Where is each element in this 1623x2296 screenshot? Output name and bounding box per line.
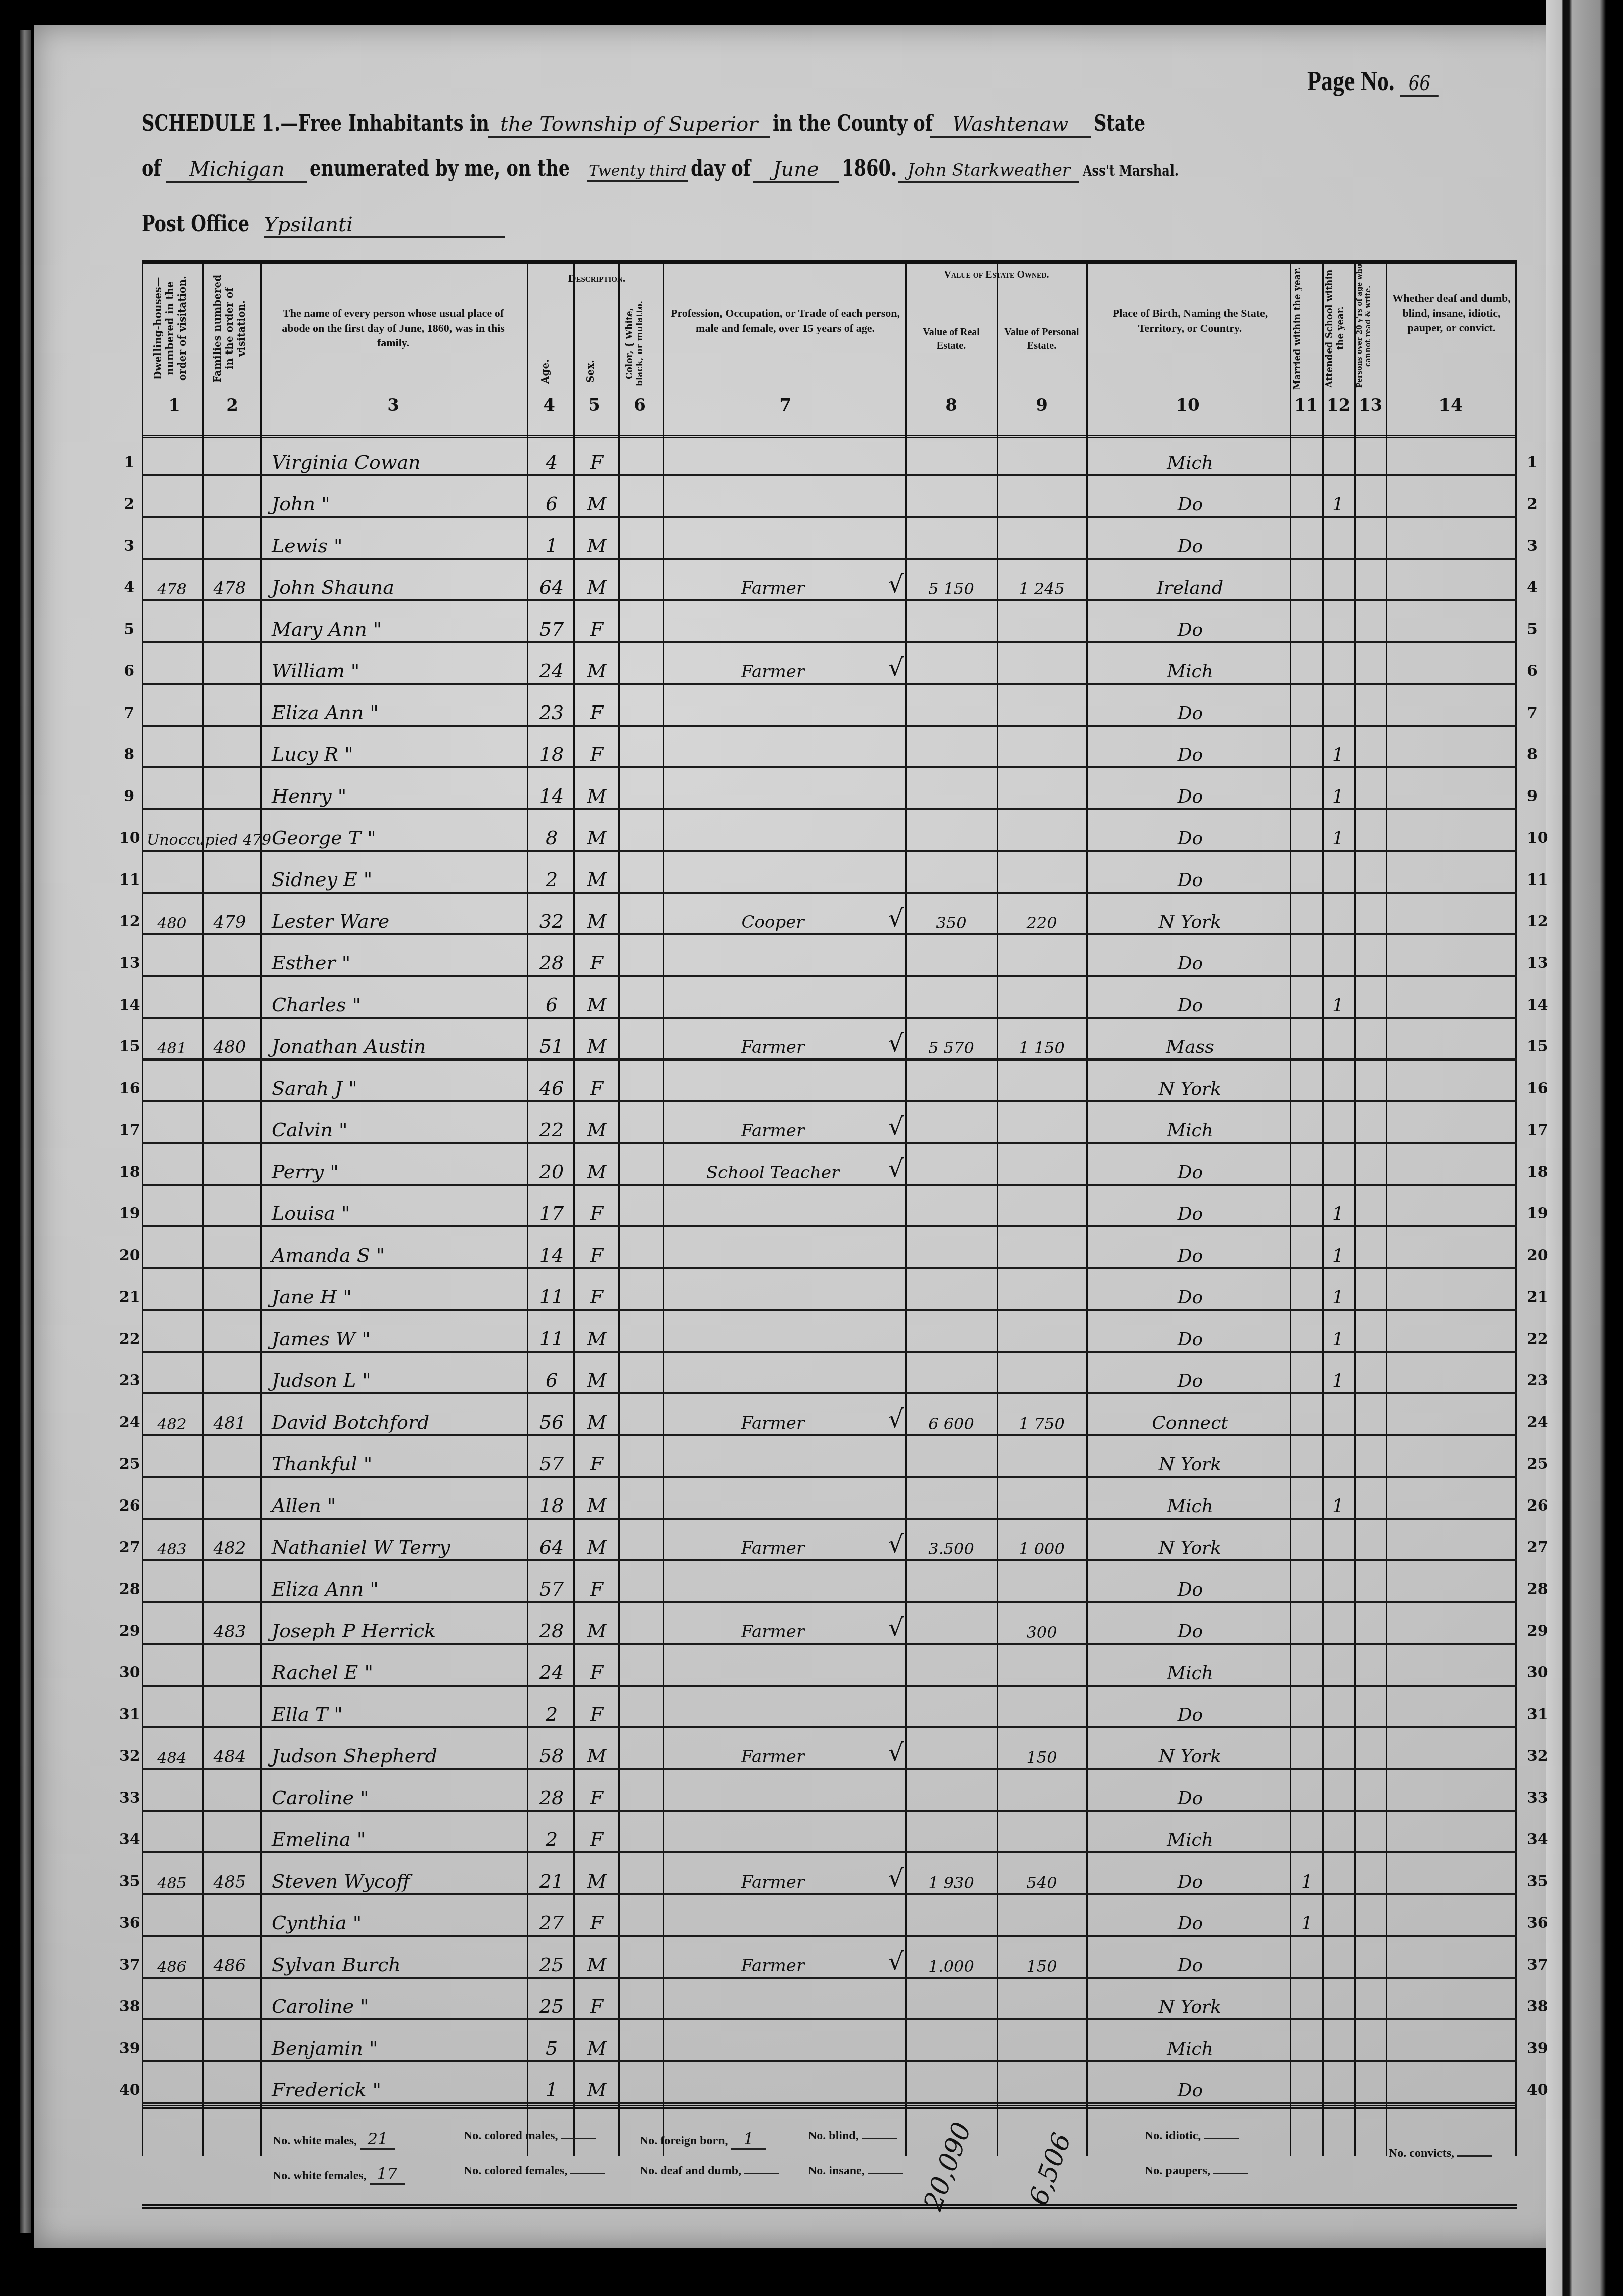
table-row: 4040Frederick "1MDo	[142, 2062, 1517, 2104]
table-row: 44478478John Shauna64MFarmer√5 1501 245I…	[142, 560, 1517, 601]
line-number: 38	[119, 1998, 134, 2015]
line-number-right: 36	[1527, 1914, 1547, 1932]
line-number: 13	[119, 954, 134, 972]
person-name: David Botchford	[267, 1411, 533, 1433]
estate-header: Value of Estate Owned.	[909, 268, 1085, 282]
family-number: 480	[205, 1037, 255, 1057]
sex: F	[577, 1828, 617, 1850]
line-number: 14	[119, 996, 134, 1014]
sex: M	[577, 1369, 617, 1391]
line-number: 16	[119, 1080, 134, 1097]
sex: F	[577, 451, 617, 473]
line-number: 15	[119, 1038, 134, 1055]
sex: F	[577, 1995, 617, 2017]
person-name: Cynthia "	[267, 1912, 533, 1934]
sex: F	[577, 743, 617, 765]
age: 25	[531, 1954, 572, 1976]
white-females-summary: No. white females, 17	[273, 2164, 405, 2185]
dwelling-number: 485	[147, 1875, 197, 1892]
married-within-year: 1	[1293, 1872, 1321, 1892]
line-number: 35	[119, 1873, 134, 1890]
line-number-right: 6	[1527, 662, 1547, 680]
line-number-right: 32	[1527, 1747, 1547, 1765]
dwelling-number: 482	[147, 1416, 197, 1433]
col11-number: 11	[1290, 395, 1322, 415]
real-estate-value: 3.500	[909, 1539, 994, 1558]
line-number-right: 4	[1527, 579, 1547, 596]
line-number-right: 16	[1527, 1080, 1547, 1097]
birthplace: N York	[1090, 1079, 1291, 1099]
col9-number: 9	[997, 395, 1087, 415]
line-number-right: 28	[1527, 1580, 1547, 1598]
person-name: Louisa "	[267, 1202, 533, 1224]
birthplace: Mich	[1090, 1830, 1291, 1850]
table-row: 2424482481David Botchford56MFarmer√6 600…	[142, 1394, 1517, 1436]
col5-number: 5	[574, 395, 614, 415]
attended-school: 1	[1324, 745, 1352, 765]
col10-number: 10	[1087, 395, 1288, 415]
table-row: 3636Cynthia "27FDo1	[142, 1895, 1517, 1937]
sex: M	[577, 493, 617, 515]
col5-header: Sex.	[584, 351, 596, 391]
occupation: Farmer	[667, 1747, 878, 1767]
age: 1	[531, 2079, 572, 2101]
line-number: 20	[119, 1247, 134, 1264]
col2-number: 2	[207, 395, 257, 415]
table-row: 3939Benjamin "5MMich	[142, 2020, 1517, 2062]
birthplace: Do	[1090, 536, 1291, 557]
dwelling-number: 478	[147, 581, 197, 598]
age: 56	[531, 1411, 572, 1433]
line-number-right: 38	[1527, 1998, 1547, 2015]
table-row: 1515481480Jonathan Austin51MFarmer√5 570…	[142, 1019, 1517, 1061]
sex: M	[577, 1494, 617, 1517]
col4-header: Age.	[539, 351, 551, 391]
person-name: Perry "	[267, 1161, 533, 1183]
line-number-right: 15	[1527, 1038, 1547, 1055]
attended-school: 1	[1324, 786, 1352, 807]
post-office-line: Post Office Ypsilanti	[142, 211, 505, 238]
paupers-summary: No. paupers,	[1145, 2164, 1248, 2178]
occupation-check: √	[886, 1614, 906, 1642]
occupation: Farmer	[667, 1872, 878, 1892]
person-name: Lester Ware	[267, 910, 533, 932]
colored-males-summary: No. colored males,	[464, 2129, 596, 2143]
sex: F	[577, 1578, 617, 1600]
table-row: 1414Charles "6MDo1	[142, 977, 1517, 1019]
convicts-summary: No. convicts,	[1389, 2147, 1492, 2160]
birthplace: N York	[1090, 912, 1291, 932]
occupation-check: √	[886, 1864, 906, 1892]
line-number: 32	[119, 1747, 134, 1765]
col12-number: 12	[1322, 395, 1355, 415]
col6-number: 6	[619, 395, 660, 415]
sex: F	[577, 701, 617, 724]
family-number: 484	[205, 1747, 255, 1767]
line-number-right: 9	[1527, 787, 1547, 805]
family-number: 479	[205, 912, 255, 932]
age: 20	[531, 1161, 572, 1183]
birthplace: Do	[1090, 2080, 1291, 2101]
person-name: Eliza Ann "	[267, 1578, 533, 1600]
white-males-value: 21	[360, 2129, 395, 2150]
deaf-dumb-summary: No. deaf and dumb,	[640, 2164, 779, 2178]
age: 24	[531, 1661, 572, 1684]
person-name: Nathaniel W Terry	[267, 1536, 533, 1558]
line-number: 11	[119, 871, 134, 889]
birthplace: Do	[1090, 1705, 1291, 1725]
person-name: Thankful "	[267, 1453, 533, 1475]
age: 14	[531, 785, 572, 807]
paupers-value	[1213, 2173, 1248, 2174]
table-row: 88Lucy R "18FDo1	[142, 727, 1517, 768]
real-estate-value: 5 570	[909, 1038, 994, 1057]
col7-number: 7	[665, 395, 906, 415]
deaf-dumb-value	[744, 2173, 779, 2174]
occupation-check: √	[886, 570, 906, 598]
age: 64	[531, 576, 572, 598]
dwelling-number: 484	[147, 1749, 197, 1767]
line-number-right: 12	[1527, 913, 1547, 930]
age: 46	[531, 1077, 572, 1099]
person-name: Virginia Cowan	[267, 451, 533, 473]
line-number: 2	[119, 495, 134, 513]
line-number: 12	[119, 913, 134, 930]
line-number: 27	[119, 1539, 134, 1556]
sex: F	[577, 952, 617, 974]
col4-number: 4	[529, 395, 569, 415]
line-number-right: 19	[1527, 1205, 1547, 1222]
line-number-right: 14	[1527, 996, 1547, 1014]
line-number-right: 22	[1527, 1330, 1547, 1348]
line-number-right: 33	[1527, 1789, 1547, 1807]
personal-estate-value: 1 750	[999, 1414, 1085, 1433]
col11-header: Married within the year.	[1292, 266, 1322, 391]
enumeration-line: of Michigan enumerated by me, on the Twe…	[142, 156, 1203, 183]
sex: F	[577, 1787, 617, 1809]
occupation: Cooper	[667, 912, 878, 932]
foreign-born-value: 1	[731, 2129, 766, 2150]
line-number: 28	[119, 1580, 134, 1598]
marshal-label: Ass't Marshal.	[1083, 162, 1179, 180]
age: 21	[531, 1870, 572, 1892]
age: 6	[531, 493, 572, 515]
table-row: 2525Thankful "57FN York	[142, 1436, 1517, 1478]
person-name: Eliza Ann "	[267, 701, 533, 724]
person-name: Rachel E "	[267, 1661, 533, 1684]
sex: F	[577, 1453, 617, 1475]
personal-estate-value: 150	[999, 1957, 1085, 1976]
birthplace: Do	[1090, 620, 1291, 640]
person-name: William "	[267, 660, 533, 682]
birthplace: Do	[1090, 494, 1291, 515]
insane-label: No. insane,	[808, 2164, 865, 2177]
birthplace: N York	[1090, 1746, 1291, 1767]
line-number-right: 35	[1527, 1873, 1547, 1890]
line-number: 22	[119, 1330, 134, 1348]
birthplace: Do	[1090, 1287, 1291, 1308]
col6-header: Color, { White, black, or mulatto.	[624, 296, 655, 391]
person-name: Sidney E "	[267, 868, 533, 891]
insane-value	[868, 2173, 903, 2174]
occupation-check: √	[886, 1530, 906, 1558]
occupation: Farmer	[667, 1037, 878, 1057]
col3-number: 3	[267, 395, 519, 415]
sex: M	[577, 994, 617, 1016]
birthplace: Do	[1090, 1788, 1291, 1809]
age: 28	[531, 952, 572, 974]
line-number: 29	[119, 1622, 134, 1640]
table-row: 3535485485Steven Wycoff21MFarmer√1 93054…	[142, 1853, 1517, 1895]
sex: F	[577, 1244, 617, 1266]
person-name: John "	[267, 493, 533, 515]
line-number: 9	[119, 787, 134, 805]
attended-school: 1	[1324, 1329, 1352, 1350]
personal-estate-value: 150	[999, 1748, 1085, 1767]
line-number-right: 11	[1527, 871, 1547, 889]
age: 57	[531, 1453, 572, 1475]
occupation: Farmer	[667, 578, 878, 598]
birthplace: Do	[1090, 1872, 1291, 1892]
person-name: Frederick "	[267, 2079, 533, 2101]
line-number-right: 10	[1527, 829, 1547, 847]
sex: M	[577, 785, 617, 807]
age: 27	[531, 1912, 572, 1934]
birthplace: Do	[1090, 870, 1291, 891]
sex: F	[577, 1661, 617, 1684]
attended-school: 1	[1324, 1246, 1352, 1266]
line-number-right: 30	[1527, 1664, 1547, 1682]
person-name: Jane H "	[267, 1286, 533, 1308]
line-number: 3	[119, 537, 134, 555]
person-name: Ella T "	[267, 1703, 533, 1725]
line-number: 1	[119, 454, 134, 471]
birthplace: N York	[1090, 1997, 1291, 2017]
table-row: 3434Emelina "2FMich	[142, 1812, 1517, 1853]
person-name: Steven Wycoff	[267, 1870, 533, 1892]
line-number: 5	[119, 621, 134, 638]
age: 51	[531, 1035, 572, 1057]
marshal-name: John Starkweather	[898, 160, 1079, 183]
married-within-year: 1	[1293, 1913, 1321, 1934]
idiotic-label: No. idiotic,	[1145, 2129, 1201, 2142]
line-number-right: 34	[1527, 1831, 1547, 1848]
person-name: Joseph P Herrick	[267, 1620, 533, 1642]
occupation: Farmer	[667, 662, 878, 682]
age: 58	[531, 1745, 572, 1767]
foreign-born-label: No. foreign born,	[640, 2134, 728, 2147]
line-number: 31	[119, 1706, 134, 1723]
col8-number: 8	[906, 395, 997, 415]
personal-estate-value: 1 150	[999, 1038, 1085, 1057]
state-label: State	[1094, 111, 1145, 136]
occupation-check: √	[886, 1948, 906, 1976]
line-number: 23	[119, 1372, 134, 1389]
sex: M	[577, 827, 617, 849]
table-row: 1919Louisa "17FDo1	[142, 1186, 1517, 1227]
line-number: 30	[119, 1664, 134, 1682]
age: 28	[531, 1787, 572, 1809]
birthplace: Do	[1090, 1246, 1291, 1266]
family-number: 482	[205, 1538, 255, 1558]
birthplace: Mass	[1090, 1037, 1291, 1057]
attended-school: 1	[1324, 1287, 1352, 1308]
schedule-title-line: SCHEDULE 1.—Free Inhabitants in the Town…	[142, 111, 1158, 138]
person-name: Sarah J "	[267, 1077, 533, 1099]
dwelling-number: 480	[147, 915, 197, 932]
convicts-label: No. convicts,	[1389, 2147, 1454, 2160]
age: 2	[531, 1828, 572, 1850]
line-number-right: 13	[1527, 954, 1547, 972]
real-estate-value: 350	[909, 913, 994, 932]
person-name: Judson Shepherd	[267, 1745, 533, 1767]
blind-summary: No. blind,	[808, 2129, 897, 2143]
person-name: Benjamin "	[267, 2037, 533, 2059]
county-label: in the County of	[773, 111, 933, 136]
table-row: 99Henry "14MDo1	[142, 768, 1517, 810]
real-estate-value: 5 150	[909, 579, 994, 598]
real-estate-value: 6 600	[909, 1414, 994, 1433]
sex: M	[577, 2079, 617, 2101]
sex: M	[577, 1161, 617, 1183]
line-number: 33	[119, 1789, 134, 1807]
total-personal-estate: 6,506	[1024, 2129, 1077, 2210]
line-number: 6	[119, 662, 134, 680]
line-number: 7	[119, 704, 134, 722]
table-row: 3232484484Judson Shepherd58MFarmer√150N …	[142, 1728, 1517, 1770]
age: 5	[531, 2037, 572, 2059]
blind-label: No. blind,	[808, 2129, 859, 2142]
age: 11	[531, 1286, 572, 1308]
birthplace: Mich	[1090, 453, 1291, 473]
person-name: Emelina "	[267, 1828, 533, 1850]
birthplace: Do	[1090, 953, 1291, 974]
line-number: 8	[119, 746, 134, 763]
line-number-right: 5	[1527, 621, 1547, 638]
occupation: Farmer	[667, 1538, 878, 1558]
colored-males-value	[561, 2138, 596, 2139]
table-row: 3737486486Sylvan Burch25MFarmer√1.000150…	[142, 1937, 1517, 1979]
person-name: Caroline "	[267, 1995, 533, 2017]
birthplace: Do	[1090, 745, 1291, 765]
attended-school: 1	[1324, 995, 1352, 1016]
table-row: 1212480479Lester Ware32MCooper√350220N Y…	[142, 894, 1517, 935]
age: 2	[531, 1703, 572, 1725]
table-row: 1717Calvin "22MFarmer√Mich	[142, 1102, 1517, 1144]
birthplace: Do	[1090, 995, 1291, 1016]
birthplace: Do	[1090, 1162, 1291, 1183]
table-row: 2020Amanda S "14FDo1	[142, 1227, 1517, 1269]
table-row: 22John "6MDo1	[142, 476, 1517, 518]
table-row: 2626Allen "18MMich1	[142, 1478, 1517, 1520]
enumerated-label: enumerated by me, on the	[310, 156, 570, 182]
adjacent-page-edge	[1546, 0, 1623, 2296]
col14-number: 14	[1386, 395, 1515, 415]
line-number: 34	[119, 1831, 134, 1848]
post-office-label: Post Office	[142, 211, 249, 237]
line-number: 19	[119, 1205, 134, 1222]
attended-school: 1	[1324, 1496, 1352, 1517]
page-summary: No. white males, 21 No. white females, 1…	[142, 2105, 1517, 2209]
paupers-label: No. paupers,	[1145, 2164, 1210, 2177]
table-row: 3838Caroline "25FN York	[142, 1979, 1517, 2020]
age: 18	[531, 1494, 572, 1517]
sex: M	[577, 1620, 617, 1642]
attended-school: 1	[1324, 494, 1352, 515]
occupation: Farmer	[667, 1121, 878, 1141]
family-number: 483	[205, 1622, 255, 1642]
age: 32	[531, 910, 572, 932]
table-row: 33Lewis "1MDo	[142, 518, 1517, 560]
birthplace: Do	[1090, 786, 1291, 807]
table-row: 1818Perry "20MSchool Teacher√Do	[142, 1144, 1517, 1186]
sex: F	[577, 1912, 617, 1934]
page-number-label: Page No.	[1307, 66, 1394, 96]
line-number-right: 24	[1527, 1414, 1547, 1431]
col1-header: Dwelling-houses—numbered in the order of…	[152, 271, 192, 386]
line-number-right: 3	[1527, 537, 1547, 555]
occupation: Farmer	[667, 1622, 878, 1642]
sex: M	[577, 1328, 617, 1350]
age: 57	[531, 1578, 572, 1600]
month-field: June	[753, 158, 839, 183]
colored-males-label: No. colored males,	[464, 2129, 558, 2142]
sex: M	[577, 660, 617, 682]
attended-school: 1	[1324, 1371, 1352, 1391]
sex: M	[577, 2037, 617, 2059]
of-label: of	[142, 156, 161, 182]
table-row: 11Virginia Cowan4FMich	[142, 434, 1517, 476]
table-row: 1010Unoccupied 479George T "8MDo1	[142, 810, 1517, 852]
table-row: 55Mary Ann "57FDo	[142, 601, 1517, 643]
col13-header: Persons over 20 y'rs of age who cannot r…	[1356, 260, 1386, 391]
col13-number: 13	[1354, 395, 1387, 415]
person-name: Charles "	[267, 994, 533, 1016]
sex: F	[577, 1286, 617, 1308]
table-row: 3030Rachel E "24FMich	[142, 1645, 1517, 1687]
personal-estate-value: 540	[999, 1873, 1085, 1892]
birthplace: Mich	[1090, 661, 1291, 682]
age: 4	[531, 451, 572, 473]
line-number: 10	[119, 829, 134, 847]
line-number-right: 40	[1527, 2081, 1547, 2099]
line-number-right: 29	[1527, 1622, 1547, 1640]
dwelling-number: 483	[147, 1541, 197, 1558]
occupation-check: √	[886, 1739, 906, 1767]
white-males-summary: No. white males, 21	[273, 2129, 395, 2150]
person-name: Lewis "	[267, 535, 533, 557]
page-number: Page No. 66	[1307, 65, 1439, 97]
description-header: Description.	[529, 271, 665, 286]
line-number: 4	[119, 579, 134, 596]
table-row: 2929483Joseph P Herrick28MFarmer√300Do	[142, 1603, 1517, 1645]
day-of-label: day of	[691, 156, 751, 182]
person-name: Sylvan Burch	[267, 1954, 533, 1976]
age: 18	[531, 743, 572, 765]
birthplace: Mich	[1090, 1663, 1291, 1684]
dwelling-number: 481	[147, 1040, 197, 1057]
sex: M	[577, 910, 617, 932]
real-estate-value: 1 930	[909, 1873, 994, 1892]
table-row: 2222James W "11MDo1	[142, 1311, 1517, 1353]
table-row: 3131Ella T "2FDo	[142, 1687, 1517, 1728]
post-office-field: Ypsilanti	[264, 213, 505, 238]
age: 28	[531, 1620, 572, 1642]
occupation-check: √	[886, 654, 906, 682]
line-number: 26	[119, 1497, 134, 1515]
birthplace: Do	[1090, 1579, 1291, 1600]
birthplace: Mich	[1090, 1120, 1291, 1141]
